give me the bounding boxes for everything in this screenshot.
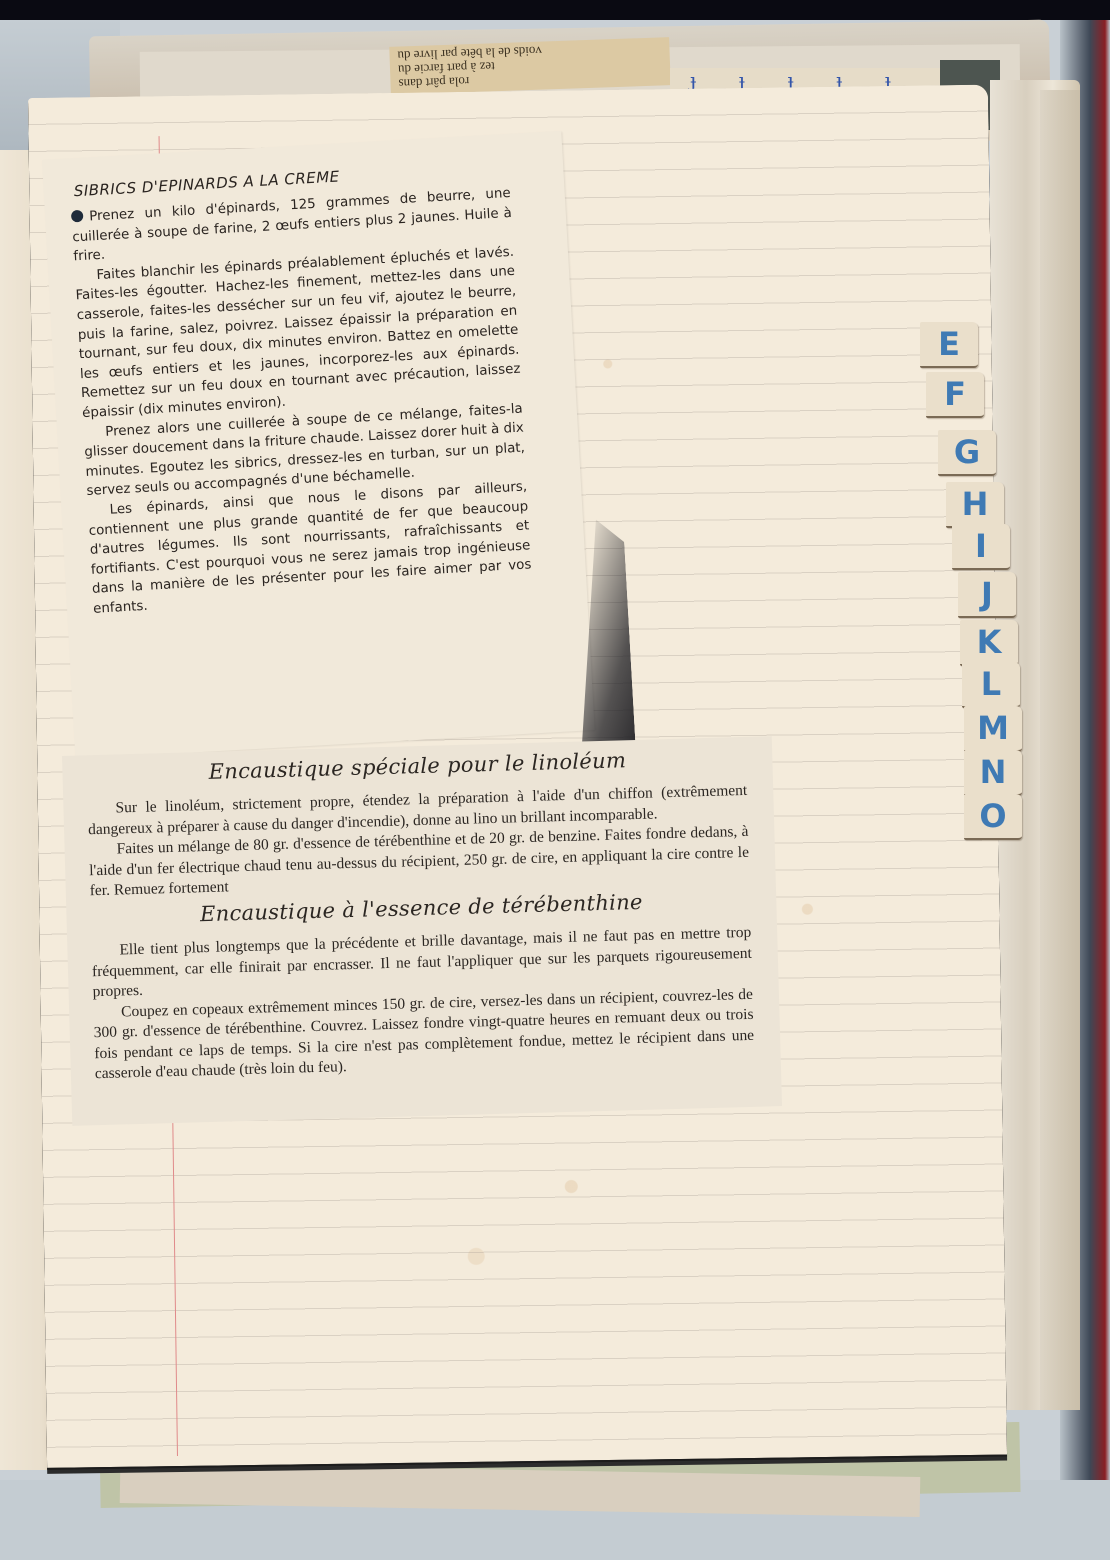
scanner-top-border [0,0,1110,20]
paragraph: Faites blanchir les épinards préalableme… [74,243,522,424]
alphabet-index-tabs: E F G H I J K L M N O [918,320,1028,860]
right-page-stack-back [1040,90,1080,1410]
index-tab-g[interactable]: G [938,430,996,476]
paragraph: Coupez en copeaux extrêmement minces 150… [93,984,755,1084]
index-tab-o[interactable]: O [964,794,1022,840]
encaustique-clipping: Encaustique spéciale pour le linoléum Su… [62,736,782,1126]
section-body: Sur le linoléum, strictement propre, éte… [87,781,750,902]
index-tab-l[interactable]: L [962,662,1020,708]
index-tab-n[interactable]: N [964,750,1022,796]
recipe-clipping-sibrics: SIBRICS D'EPINARDS A LA CREME Prenez un … [42,131,595,759]
index-tab-j[interactable]: J [958,572,1016,618]
index-tab-h[interactable]: H [946,482,1004,528]
paragraph: Les épinards, ainsi que nous le disons p… [87,477,533,619]
index-tab-f[interactable]: F [926,372,984,418]
index-tab-e[interactable]: E [920,322,978,368]
upside-down-clipping: rola pârt dans tez à part farcie du void… [389,37,671,95]
index-tab-i[interactable]: I [952,524,1010,570]
clipping-body: Prenez un kilo d'épinards, 125 grammes d… [71,184,533,619]
bullet-icon [71,210,84,223]
section-body: Elle tient plus longtemps que la précéde… [91,923,755,1085]
scan-shadow [533,518,636,763]
index-tab-m[interactable]: M [964,706,1022,752]
index-tab-k[interactable]: K [960,620,1018,666]
